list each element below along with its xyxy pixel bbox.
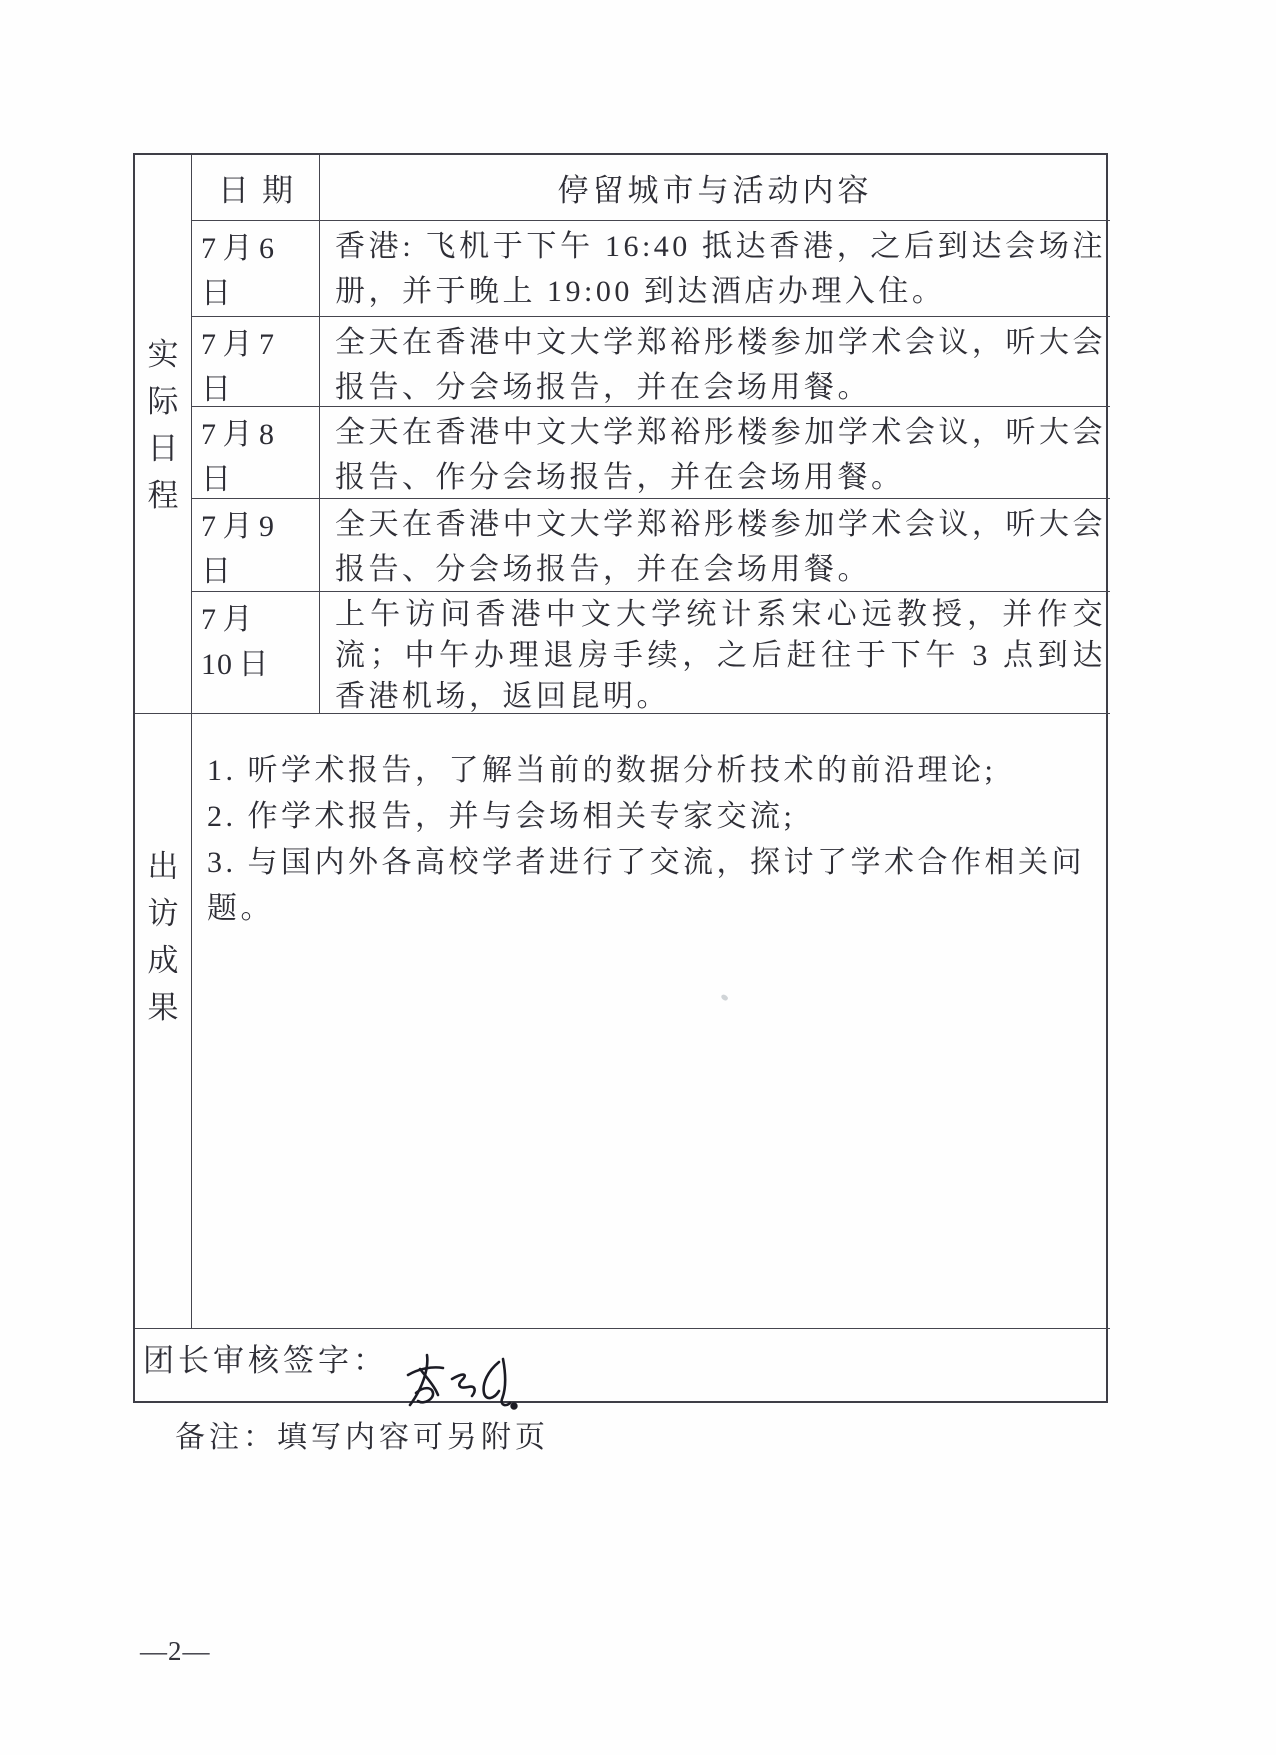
schedule-date-jul7: 7 月 7 日 [192,317,320,407]
section-label-visit-results: 出 访 成 果 [135,714,192,1329]
page-number: —2— [140,1636,211,1667]
schedule-date-jul10: 7 月 10 日 [192,592,320,714]
column-header-date: 日期 [192,155,320,221]
handwritten-signature [402,1349,527,1415]
schedule-content-jul9: 全天在香港中文大学郑裕彤楼参加学术会议，听大会报告、分会场报告，并在会场用餐。 [320,499,1110,592]
schedule-content-jul7: 全天在香港中文大学郑裕彤楼参加学术会议，听大会报告、分会场报告，并在会场用餐。 [320,317,1110,407]
schedule-date-jul8: 7 月 8 日 [192,407,320,499]
scanned-document-page: 实 际 日 程 日期 停留城市与活动内容 7 月 6 日 香港: 飞机于下午 1… [0,0,1276,1755]
section-label-actual-schedule: 实 际 日 程 [135,155,192,714]
signature-label: 团长审核签字： [143,1335,388,1380]
schedule-date-jul6: 7 月 6 日 [192,221,320,317]
remark-note: 备注：填写内容可另附页 [175,1412,549,1456]
column-header-city-activities: 停留城市与活动内容 [320,155,1110,221]
schedule-content-jul8: 全天在香港中文大学郑裕彤楼参加学术会议，听大会报告、作分会场报告，并在会场用餐。 [320,407,1110,499]
result-item-1: 1. 听学术报告，了解当前的数据分析技术的前沿理论; [207,748,1085,794]
result-item-3: 3. 与国内外各高校学者进行了交流，探讨了学术合作相关问题。 [207,840,1085,932]
signature-row: 团长审核签字： [135,1329,1110,1415]
visit-results-cell: 1. 听学术报告，了解当前的数据分析技术的前沿理论; 2. 作学术报告，并与会场… [192,714,1110,1329]
schedule-content-jul10: 上午访问香港中文大学统计系宋心远教授，并作交流；中午办理退房手续，之后赶往于下午… [320,592,1110,714]
result-item-2: 2. 作学术报告，并与会场相关专家交流; [207,794,1085,840]
schedule-date-jul9: 7 月 9 日 [192,499,320,592]
itinerary-table: 实 际 日 程 日期 停留城市与活动内容 7 月 6 日 香港: 飞机于下午 1… [133,153,1108,1403]
schedule-content-jul6: 香港: 飞机于下午 16:40 抵达香港，之后到达会场注册，并于晚上 19:00… [320,221,1110,317]
